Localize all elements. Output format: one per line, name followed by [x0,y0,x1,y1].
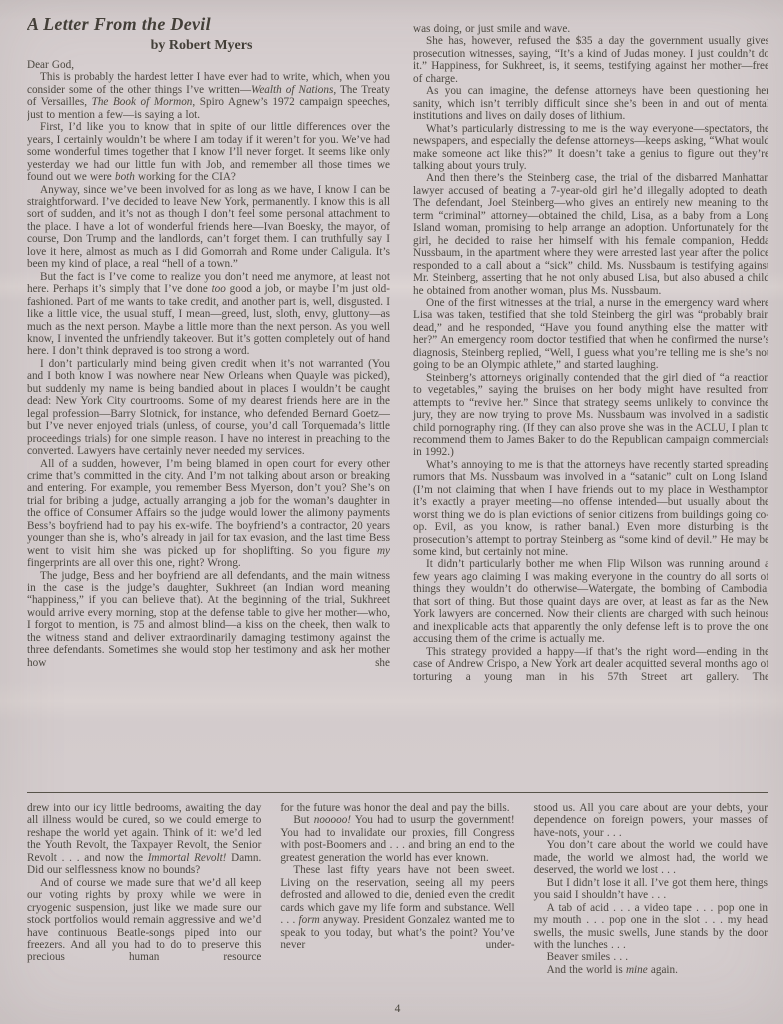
paragraph: And the world is mine again. [534,964,768,976]
letter-article: A Letter From the Devil by Robert Myers … [27,14,768,790]
continuation-column-3: stood us. All you care about are your de… [534,802,768,996]
paragraph: This strategy provided a happy—if that’s… [413,646,768,683]
paragraph: was doing, or just smile and wave. [413,23,768,35]
continuation-column-1: drew into our icy little bedrooms, await… [27,802,261,996]
article-right-paragraphs: was doing, or just smile and wave.She ha… [413,23,768,683]
paragraph: This is probably the hardest letter I ha… [27,71,390,121]
paragraph: A tab of acid . . . a video tape . . . p… [534,902,768,952]
paragraph: What’s particularly distressing to me is… [413,123,768,173]
paragraph: I don’t particularly mind being given cr… [27,358,390,458]
paragraph: Dear God, [27,59,390,71]
paragraph: But I didn’t lose it all. I’ve got them … [534,877,768,902]
paragraph: And of course we made sure that we’d all… [27,877,261,964]
article-column-right: was doing, or just smile and wave.She ha… [413,14,768,790]
paragraph: stood us. All you care about are your de… [534,802,768,839]
paragraph: These last fifty years have not been swe… [280,864,514,951]
paragraph: As you can imagine, the defense attorney… [413,85,768,122]
paragraph: It didn’t particularly bother me when Fl… [413,558,768,645]
paragraph: You don’t care about the world we could … [534,839,768,876]
section-divider [27,792,768,793]
paragraph: One of the first witnesses at the trial,… [413,297,768,372]
paragraph: All of a sudden, however, I’m being blam… [27,458,390,570]
paragraph: Anyway, since we’ve been involved for as… [27,184,390,271]
paragraph: The judge, Bess and her boyfriend are al… [27,570,390,670]
article-byline: by Robert Myers [27,38,376,54]
magazine-page: A Letter From the Devil by Robert Myers … [0,0,783,1024]
paragraph: drew into our icy little bedrooms, await… [27,802,261,877]
paragraph: And then there’s the Steinberg case, the… [413,172,768,297]
article-title: A Letter From the Devil [27,14,390,35]
paragraph: for the future was honor the deal and pa… [280,802,514,814]
paragraph: But the fact is I’ve come to realize you… [27,271,390,358]
continuation-article: drew into our icy little bedrooms, await… [27,802,768,996]
paragraph: What’s annoying to me is that the attorn… [413,459,768,559]
paragraph: Steinberg’s attorneys originally contend… [413,372,768,459]
continuation-column-2: for the future was honor the deal and pa… [280,802,514,996]
article-column-left: A Letter From the Devil by Robert Myers … [27,14,390,790]
paragraph: She has, however, refused the $35 a day … [413,35,768,85]
paragraph: Beaver smiles . . . [534,951,768,963]
paragraph: First, I’d like you to know that in spit… [27,121,390,183]
page-number: 4 [27,1003,768,1015]
paragraph: But nooooo! You had to usurp the governm… [280,814,514,864]
article-left-paragraphs: Dear God,This is probably the hardest le… [27,59,390,669]
